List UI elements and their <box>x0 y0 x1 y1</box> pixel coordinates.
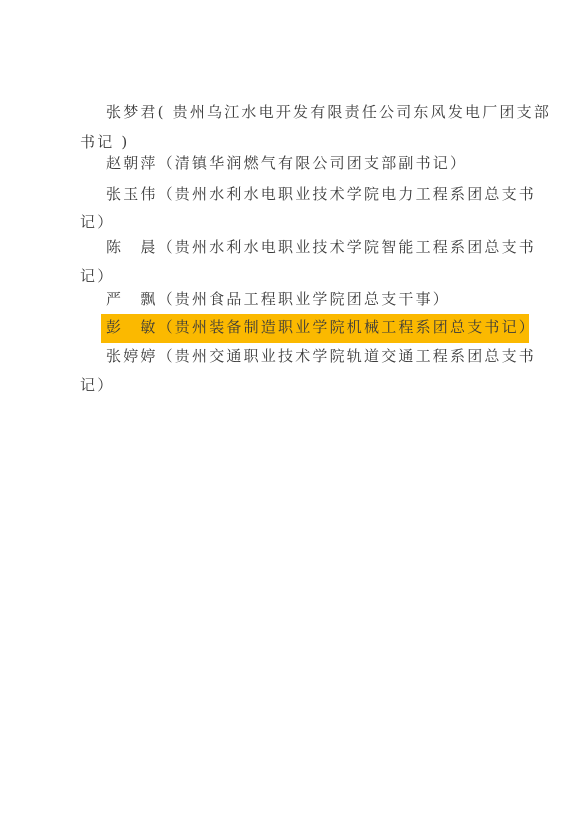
entry-name: 张婷婷 <box>106 346 158 366</box>
entry-name: 张梦君 <box>106 102 158 122</box>
entry-detail: （贵州食品工程职业学院团总支干事） <box>158 290 450 308</box>
entry-detail: （清镇华润燃气有限公司团支部副书记） <box>158 154 468 172</box>
entry-line: 赵朝萍（清镇华润燃气有限公司团支部副书记） <box>106 153 467 173</box>
entry-line: 张婷婷（贵州交通职业技术学院轨道交通工程系团总支书 <box>106 346 536 366</box>
entry-name: 严 飘 <box>106 289 158 309</box>
entry-name: 赵朝萍 <box>106 153 158 173</box>
entry-detail: （贵州水利水电职业技术学院电力工程系团总支书 <box>158 185 536 203</box>
entry-name: 陈 晨 <box>106 237 158 257</box>
entry-continuation: 记） <box>80 212 114 232</box>
entry-detail: （贵州交通职业技术学院轨道交通工程系团总支书 <box>158 347 536 365</box>
entry-line: 严 飘（贵州食品工程职业学院团总支干事） <box>106 289 450 309</box>
document-page: 张梦君( 贵州乌江水电开发有限责任公司东风发电厂团支部 书记 ) 赵朝萍（清镇华… <box>0 0 584 824</box>
entry-continuation: 书记 ) <box>80 132 129 152</box>
entry-continuation: 记） <box>80 266 114 286</box>
entry-line: 张玉伟（贵州水利水电职业技术学院电力工程系团总支书 <box>106 184 536 204</box>
entry-continuation: 记） <box>80 375 114 395</box>
entry-detail: ( 贵州乌江水电开发有限责任公司东风发电厂团支部 <box>158 103 551 121</box>
entry-line-highlighted: 彭 敏（贵州装备制造职业学院机械工程系团总支书记） <box>106 317 536 337</box>
entry-name: 彭 敏 <box>106 317 158 337</box>
entry-line: 陈 晨（贵州水利水电职业技术学院智能工程系团总支书 <box>106 237 536 257</box>
entry-name: 张玉伟 <box>106 184 158 204</box>
entry-line: 张梦君( 贵州乌江水电开发有限责任公司东风发电厂团支部 <box>106 102 551 122</box>
entry-detail: （贵州装备制造职业学院机械工程系团总支书记） <box>158 318 536 336</box>
entry-detail: （贵州水利水电职业技术学院智能工程系团总支书 <box>158 238 536 256</box>
